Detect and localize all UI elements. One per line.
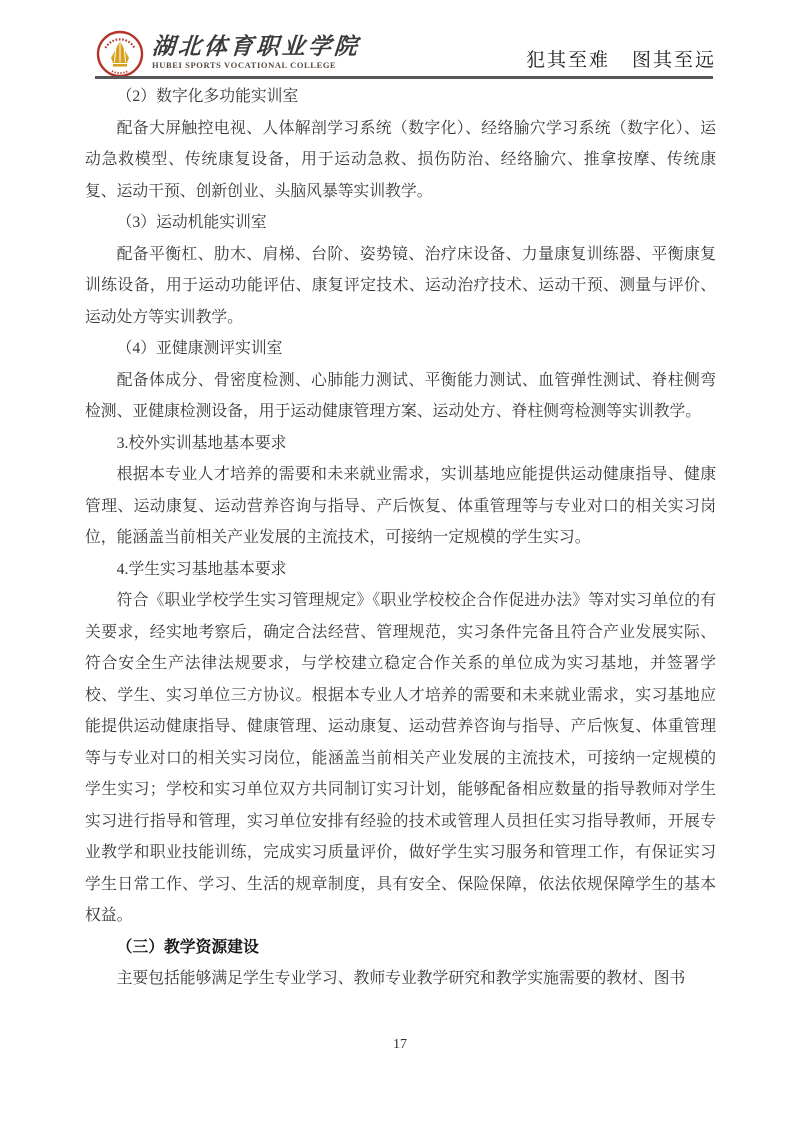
body-paragraph: 配备平衡杠、肋木、肩梯、台阶、姿势镜、治疗床设备、力量康复训练器、平衡康复训练设…: [85, 239, 716, 334]
body-paragraph: 主要包括能够满足学生专业学习、教师专业教学研究和教学实施需要的教材、图书: [85, 963, 716, 995]
document-body: （2）数字化多功能实训室配备大屏触控电视、人体解剖学习系统（数字化）、经络腧穴学…: [85, 81, 716, 995]
body-paragraph: 符合《职业学校学生实习管理规定》《职业学校校企合作促进办法》等对实习单位的有关要…: [85, 585, 716, 932]
motto-part-2: 图其至远: [632, 50, 716, 71]
body-paragraph: 配备体成分、骨密度检测、心肺能力测试、平衡能力测试、血管弹性测试、脊柱侧弯检测、…: [85, 365, 716, 428]
college-name-zh: 湖北体育职业学院: [151, 35, 361, 58]
page-header: 湖北体育职业学院 HUBEI SPORTS VOCATIONAL COLLEGE…: [0, 0, 800, 80]
sub-heading: （3）运动机能实训室: [85, 207, 716, 239]
section-heading: （三）教学资源建设: [85, 932, 716, 964]
sub-heading: （4）亚健康测评实训室: [85, 333, 716, 365]
page-number: 17: [0, 1038, 800, 1052]
body-paragraph: 配备大屏触控电视、人体解剖学习系统（数字化）、经络腧穴学习系统（数字化）、运动急…: [85, 113, 716, 208]
sub-heading: （2）数字化多功能实训室: [85, 81, 716, 113]
motto-part-1: 犯其至难: [526, 50, 610, 71]
college-name-en: HUBEI SPORTS VOCATIONAL COLLEGE: [152, 61, 360, 70]
body-paragraph: 根据本专业人才培养的需要和未来就业需求，实训基地应能提供运动健康指导、健康管理、…: [85, 459, 716, 554]
college-logo-text: 湖北体育职业学院 HUBEI SPORTS VOCATIONAL COLLEGE: [152, 35, 360, 70]
document-page: { "header": { "logo": { "college_name_zh…: [0, 0, 800, 1131]
sub-heading: 4.学生实习基地基本要求: [85, 554, 716, 586]
sub-heading: 3.校外实训基地基本要求: [85, 428, 716, 460]
header-motto: 犯其至难图其至远: [526, 51, 716, 70]
header-divider: [95, 76, 713, 79]
college-seal-icon: [96, 30, 144, 78]
